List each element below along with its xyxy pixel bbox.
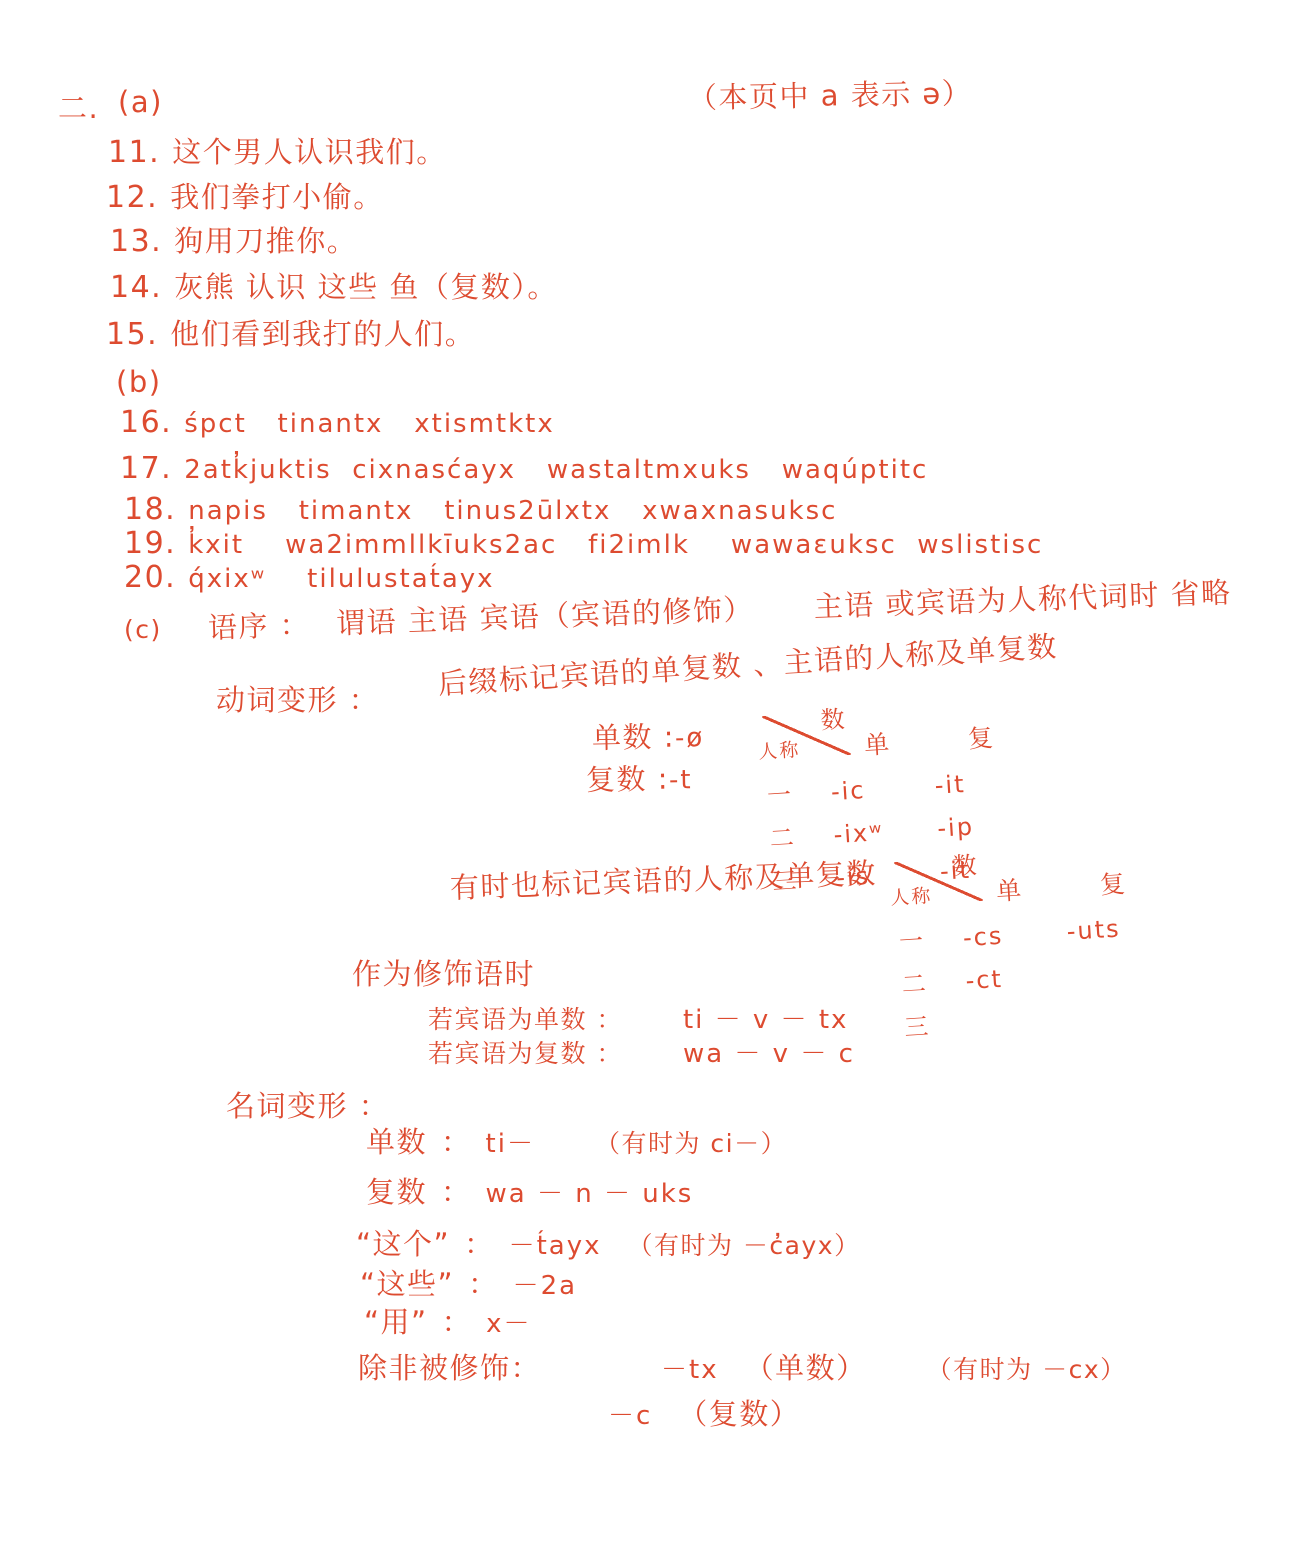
object-paradigm-table: 数 人称 单 复 一 -cs -uts 二 -ct 三 xyxy=(894,843,1213,1050)
noun-row-singular: 单数 ： ti－ （有时为 ci－） xyxy=(366,1126,787,1160)
row-value: ti－ xyxy=(486,1130,535,1160)
word-order-note: 主语 或宾语为人称代词时 省略 xyxy=(813,576,1232,624)
noun-row-with: “用” ： x－ xyxy=(364,1306,531,1340)
unless-side-note: （有时为 －cx） xyxy=(927,1356,1127,1385)
pl-value: -t xyxy=(669,766,693,796)
col-plural: 复 xyxy=(967,713,1073,755)
noun-inflection-label: 名词变形 ： xyxy=(226,1090,389,1123)
unless-pl-note: （复数） xyxy=(678,1398,800,1431)
item-number: 20. xyxy=(124,561,176,596)
verb-inflection-label: 动词变形 ： xyxy=(216,684,379,717)
person-cell: 一 xyxy=(766,772,832,811)
unless-modified-line: 除非被修饰： －tx （单数） （有时为 －cx） xyxy=(358,1352,1127,1386)
verb-inflection-rule: 后缀标记宾语的单复数 、主语的人称及单复数 xyxy=(437,630,1059,701)
row-value: －t́ayx xyxy=(509,1232,602,1262)
person-cell: 三 xyxy=(903,1004,969,1043)
item-number: 18. xyxy=(124,493,176,528)
item-number: 17. xyxy=(120,452,172,487)
corner-person-label: 人称 xyxy=(890,881,934,911)
col-singular: 单 xyxy=(995,866,1101,908)
corner-number-label: 数 xyxy=(819,699,847,736)
person-cell: 二 xyxy=(769,815,835,854)
pl-cell xyxy=(1073,1019,1177,1025)
handwritten-notes-page: 二. (a) （本页中 a 表示 ə） 11. 这个男人认识我们。 12. 我们… xyxy=(0,0,1290,1568)
item-number: 12. xyxy=(106,181,158,216)
item-number: 16. xyxy=(120,406,172,441)
person-cell: 一 xyxy=(898,918,964,957)
table-row: 三 xyxy=(903,989,1213,1043)
sentence-11: 11. 这个男人认识我们。 xyxy=(108,136,447,171)
row-label: 复数 xyxy=(366,1176,427,1209)
row-colon: ： xyxy=(441,1126,472,1159)
pl-label: 复数 : xyxy=(586,763,670,798)
item-text: 我们拳打小偷。 xyxy=(170,181,384,214)
row-label: “这个” xyxy=(356,1228,450,1261)
item-text: 这个男人认识我们。 xyxy=(172,136,447,169)
sentence-16: 16. śpct tinantx xtismtktx xyxy=(120,406,555,441)
row-colon: ： xyxy=(441,1176,472,1209)
modifier-sg-label: 若宾语为单数 ： xyxy=(428,1006,623,1035)
sentence-18: 18. napis timantx tinus2ūlxtx xwaxnasuks… xyxy=(124,493,837,528)
pl-cell xyxy=(1070,976,1174,982)
item-text: q́xixʷ tilulustat́ayx xyxy=(188,565,494,595)
part-b-label: (b) xyxy=(116,366,162,399)
row-colon: ： xyxy=(464,1228,495,1261)
item-number: 14. xyxy=(110,271,162,306)
sentence-19: 19. k̓xit wa2immllkīuks2ac fi2imlk wawaɛ… xyxy=(124,527,1043,562)
part-c-label: (c) xyxy=(124,616,162,645)
modifier-pl-value: wa － v － c xyxy=(683,1040,855,1070)
row-label: 单数 xyxy=(366,1126,427,1159)
sg-label: 单数 : xyxy=(592,721,676,756)
col-singular: 单 xyxy=(863,720,969,762)
modifier-pl-line: 若宾语为复数 ： wa － v － c xyxy=(428,1040,855,1070)
pl-cell: -ip xyxy=(937,808,1043,842)
item-text: śpct tinantx xtismtktx xyxy=(184,410,555,440)
item-number: 11. xyxy=(108,136,160,171)
section-label: 二. xyxy=(58,92,99,125)
sg-cell xyxy=(969,1026,1073,1032)
item-text: k̓xit wa2immllkīuks2ac fi2imlk wawaɛuksc… xyxy=(188,531,1043,561)
row-colon: ： xyxy=(442,1306,473,1339)
row-value: －2a xyxy=(513,1272,577,1302)
modifier-sg-value: ti － v － tx xyxy=(683,1006,848,1036)
row-colon: ： xyxy=(468,1268,499,1301)
modifier-heading: 作为修饰语时 xyxy=(352,958,535,991)
item-number: 19. xyxy=(124,527,176,562)
row-note: （有时为 －c̓ayx） xyxy=(627,1232,860,1261)
pl-cell: -it xyxy=(934,765,1040,799)
item-text: 灰熊 认识 这些 鱼（复数）。 xyxy=(174,271,558,304)
row-label: “用” xyxy=(364,1306,428,1339)
sentence-20: 20. q́xixʷ tilulustat́ayx xyxy=(124,561,495,596)
unless-plural-line: －c （复数） xyxy=(608,1398,800,1432)
diagonal-header-cell: 数 人称 xyxy=(762,711,851,760)
item-text: 2atk̓juktis cixnasćayx wastaltmxuks waqú… xyxy=(184,456,928,486)
item-number: 15. xyxy=(106,318,158,353)
corner-person-label: 人称 xyxy=(758,735,802,765)
unless-pl-value: －c xyxy=(608,1402,652,1432)
word-order-value: 谓语 主语 宾语（宾语的修饰） xyxy=(336,593,755,641)
row-note: （有时为 ci－） xyxy=(595,1130,787,1159)
item-text: napis timantx tinus2ūlxtx xwaxnasuksc xyxy=(188,497,837,527)
sg-cell: -ic xyxy=(830,772,936,806)
item-text: 狗用刀推你。 xyxy=(174,225,357,258)
part-a-label: (a) xyxy=(118,86,163,119)
object-number-sg: 单数 : -ø xyxy=(592,720,705,756)
sg-cell: -ct xyxy=(965,961,1071,995)
noun-row-this: “这个” ： －t́ayx （有时为 －c̓ayx） xyxy=(356,1228,861,1262)
corner-number-label: 数 xyxy=(951,845,979,882)
object-number-pl: 复数 : -t xyxy=(586,762,693,798)
unless-sg-note: （单数） xyxy=(745,1352,867,1385)
diagonal-header-cell: 数 人称 xyxy=(894,857,983,906)
person-cell: 二 xyxy=(901,961,967,1000)
sg-cell: -cs xyxy=(962,918,1068,952)
item-text: 他们看到我打的人们。 xyxy=(170,318,475,351)
row-value: x－ xyxy=(486,1310,531,1340)
noun-row-these: “这些” ： －2a xyxy=(360,1268,577,1302)
noun-row-plural: 复数 ： wa － n － uks xyxy=(366,1176,693,1210)
sentence-14: 14. 灰熊 认识 这些 鱼（复数）。 xyxy=(110,271,558,306)
sentence-15: 15. 他们看到我打的人们。 xyxy=(106,318,475,353)
pl-cell: -uts xyxy=(1066,911,1172,945)
unless-label: 除非被修饰： xyxy=(358,1352,541,1385)
word-order-label: 语序 ： xyxy=(207,608,310,645)
sg-value: -ø xyxy=(675,724,705,754)
sentence-17: 17. 2atk̓juktis cixnasćayx wastaltmxuks … xyxy=(120,452,928,487)
sg-cell: -ixʷ xyxy=(833,815,939,849)
item-number: 13. xyxy=(110,225,162,260)
sentence-12: 12. 我们拳打小偷。 xyxy=(106,181,384,216)
col-plural: 复 xyxy=(1099,859,1205,901)
modifier-pl-label: 若宾语为复数 ： xyxy=(428,1040,623,1069)
unless-sg-value: －tx xyxy=(661,1356,719,1386)
row-value: wa － n － uks xyxy=(486,1180,694,1210)
row-label: “这些” xyxy=(360,1268,454,1301)
top-right-note: （本页中 a 表示 ə） xyxy=(688,77,973,115)
modifier-sg-line: 若宾语为单数 ： ti － v － tx xyxy=(428,1006,848,1036)
sentence-13: 13. 狗用刀推你。 xyxy=(110,225,357,260)
table-header: 数 人称 单 复 xyxy=(762,697,1073,768)
